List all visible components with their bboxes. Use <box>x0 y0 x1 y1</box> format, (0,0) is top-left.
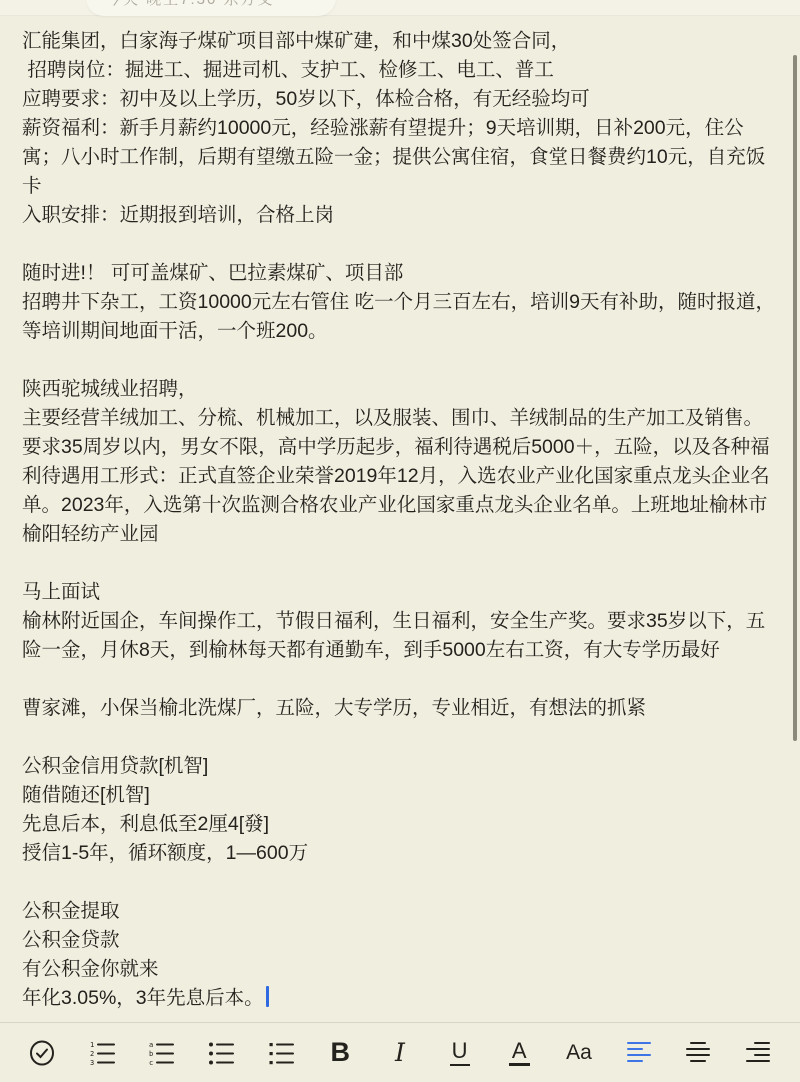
bold-icon: B <box>331 1039 351 1066</box>
note-paragraph[interactable]: 公积金信用贷款[机智] <box>22 752 778 781</box>
note-paragraph[interactable]: 汇能集团，白家海子煤矿项目部中煤矿建，和中煤30处签合同， <box>22 27 778 56</box>
note-blank-line[interactable] <box>22 346 778 375</box>
note-paragraph[interactable]: 先息后本，利息低至2厘4[發] <box>22 810 778 839</box>
lettered-list-button[interactable]: a b c <box>143 1033 179 1073</box>
text-size-icon: Aa <box>566 1042 592 1063</box>
checklist-button[interactable] <box>24 1033 60 1073</box>
note-blank-line[interactable] <box>22 868 778 897</box>
align-left-icon <box>625 1039 653 1067</box>
svg-text:3: 3 <box>90 1059 94 1067</box>
svg-text:b: b <box>149 1050 153 1058</box>
italic-icon: I <box>395 1040 405 1065</box>
square-bullet-list-icon <box>267 1039 295 1067</box>
header-clipped-label: 今天 晚上7:30 东方文 <box>106 0 275 9</box>
text-size-button[interactable]: Aa <box>561 1033 597 1073</box>
numbered-list-button[interactable]: 1 2 3 <box>84 1033 120 1073</box>
note-paragraph[interactable]: 陕西驼城绒业招聘， <box>22 375 778 404</box>
align-left-button[interactable] <box>621 1033 657 1073</box>
note-blank-line[interactable] <box>22 230 778 259</box>
note-paragraph[interactable]: 有公积金你就来 <box>22 955 778 984</box>
note-paragraph[interactable]: 入职安排：近期报到培训，合格上岗 <box>22 201 778 230</box>
note-paragraph[interactable]: 随借随还[机智] <box>22 781 778 810</box>
svg-text:c: c <box>149 1059 153 1067</box>
note-paragraph[interactable]: 应聘要求：初中及以上学历，50岁以下，体检合格，有无经验均可 <box>22 85 778 114</box>
formatting-toolbar: 1 2 3 a b c <box>0 1022 800 1082</box>
check-circle-icon <box>27 1038 57 1068</box>
note-paragraph[interactable]: 主要经营羊绒加工、分梳、机械加工，以及服装、围巾、羊绒制品的生产加工及销售。要求… <box>22 404 778 549</box>
note-paragraph[interactable]: 曹家滩，小保当榆北洗煤厂，五险，大专学历，专业相近，有想法的抓紧 <box>22 694 778 723</box>
note-blank-line[interactable] <box>22 665 778 694</box>
note-paragraph[interactable]: 公积金贷款 <box>22 926 778 955</box>
note-body[interactable]: 汇能集团，白家海子煤矿项目部中煤矿建，和中煤30处签合同， 招聘岗位：掘进工、掘… <box>22 27 778 1013</box>
note-paragraph[interactable]: 授信1-5年，循环额度，1—600万 <box>22 839 778 868</box>
bullet-list-icon <box>207 1039 235 1067</box>
note-paragraph[interactable]: 薪资福利：新手月薪约10000元，经验涨薪有望提升；9天培训期，日补200元，住… <box>22 114 778 201</box>
align-right-button[interactable] <box>740 1033 776 1073</box>
note-paragraph[interactable]: 马上面试 <box>22 578 778 607</box>
note-blank-line[interactable] <box>22 723 778 752</box>
text-color-button[interactable]: A <box>501 1033 537 1073</box>
text-color-icon: A <box>509 1040 530 1066</box>
text-cursor <box>266 986 269 1007</box>
note-paragraph[interactable]: 公积金提取 <box>22 897 778 926</box>
svg-text:1: 1 <box>90 1041 94 1049</box>
numbered-list-icon: 1 2 3 <box>88 1039 116 1067</box>
lettered-list-icon: a b c <box>147 1039 175 1067</box>
italic-button[interactable]: I <box>382 1033 418 1073</box>
svg-text:a: a <box>149 1041 153 1049</box>
note-paragraph[interactable]: 榆林附近国企，车间操作工，节假日福利，生日福利，安全生产奖。要求35岁以下，五险… <box>22 607 778 665</box>
align-right-icon <box>744 1039 772 1067</box>
underline-icon: U <box>450 1040 470 1066</box>
note-paragraph[interactable]: 招聘岗位：掘进工、掘进司机、支护工、检修工、电工、普工 <box>22 56 778 85</box>
svg-text:2: 2 <box>90 1050 94 1058</box>
note-blank-line[interactable] <box>22 549 778 578</box>
square-bullet-list-button[interactable] <box>263 1033 299 1073</box>
align-center-icon <box>684 1039 712 1067</box>
align-center-button[interactable] <box>680 1033 716 1073</box>
scrollbar-thumb[interactable] <box>793 55 797 741</box>
bold-button[interactable]: B <box>322 1033 358 1073</box>
underline-button[interactable]: U <box>442 1033 478 1073</box>
note-paragraph[interactable]: 年化3.05%，3年先息后本。 <box>22 984 778 1013</box>
note-paragraph[interactable]: 随时进!！ 可可盖煤矿、巴拉素煤矿、项目部 <box>22 259 778 288</box>
note-paragraph[interactable]: 招聘井下杂工，工资10000元左右管住 吃一个月三百左右，培训9天有补助，随时报… <box>22 288 778 346</box>
bullet-list-button[interactable] <box>203 1033 239 1073</box>
